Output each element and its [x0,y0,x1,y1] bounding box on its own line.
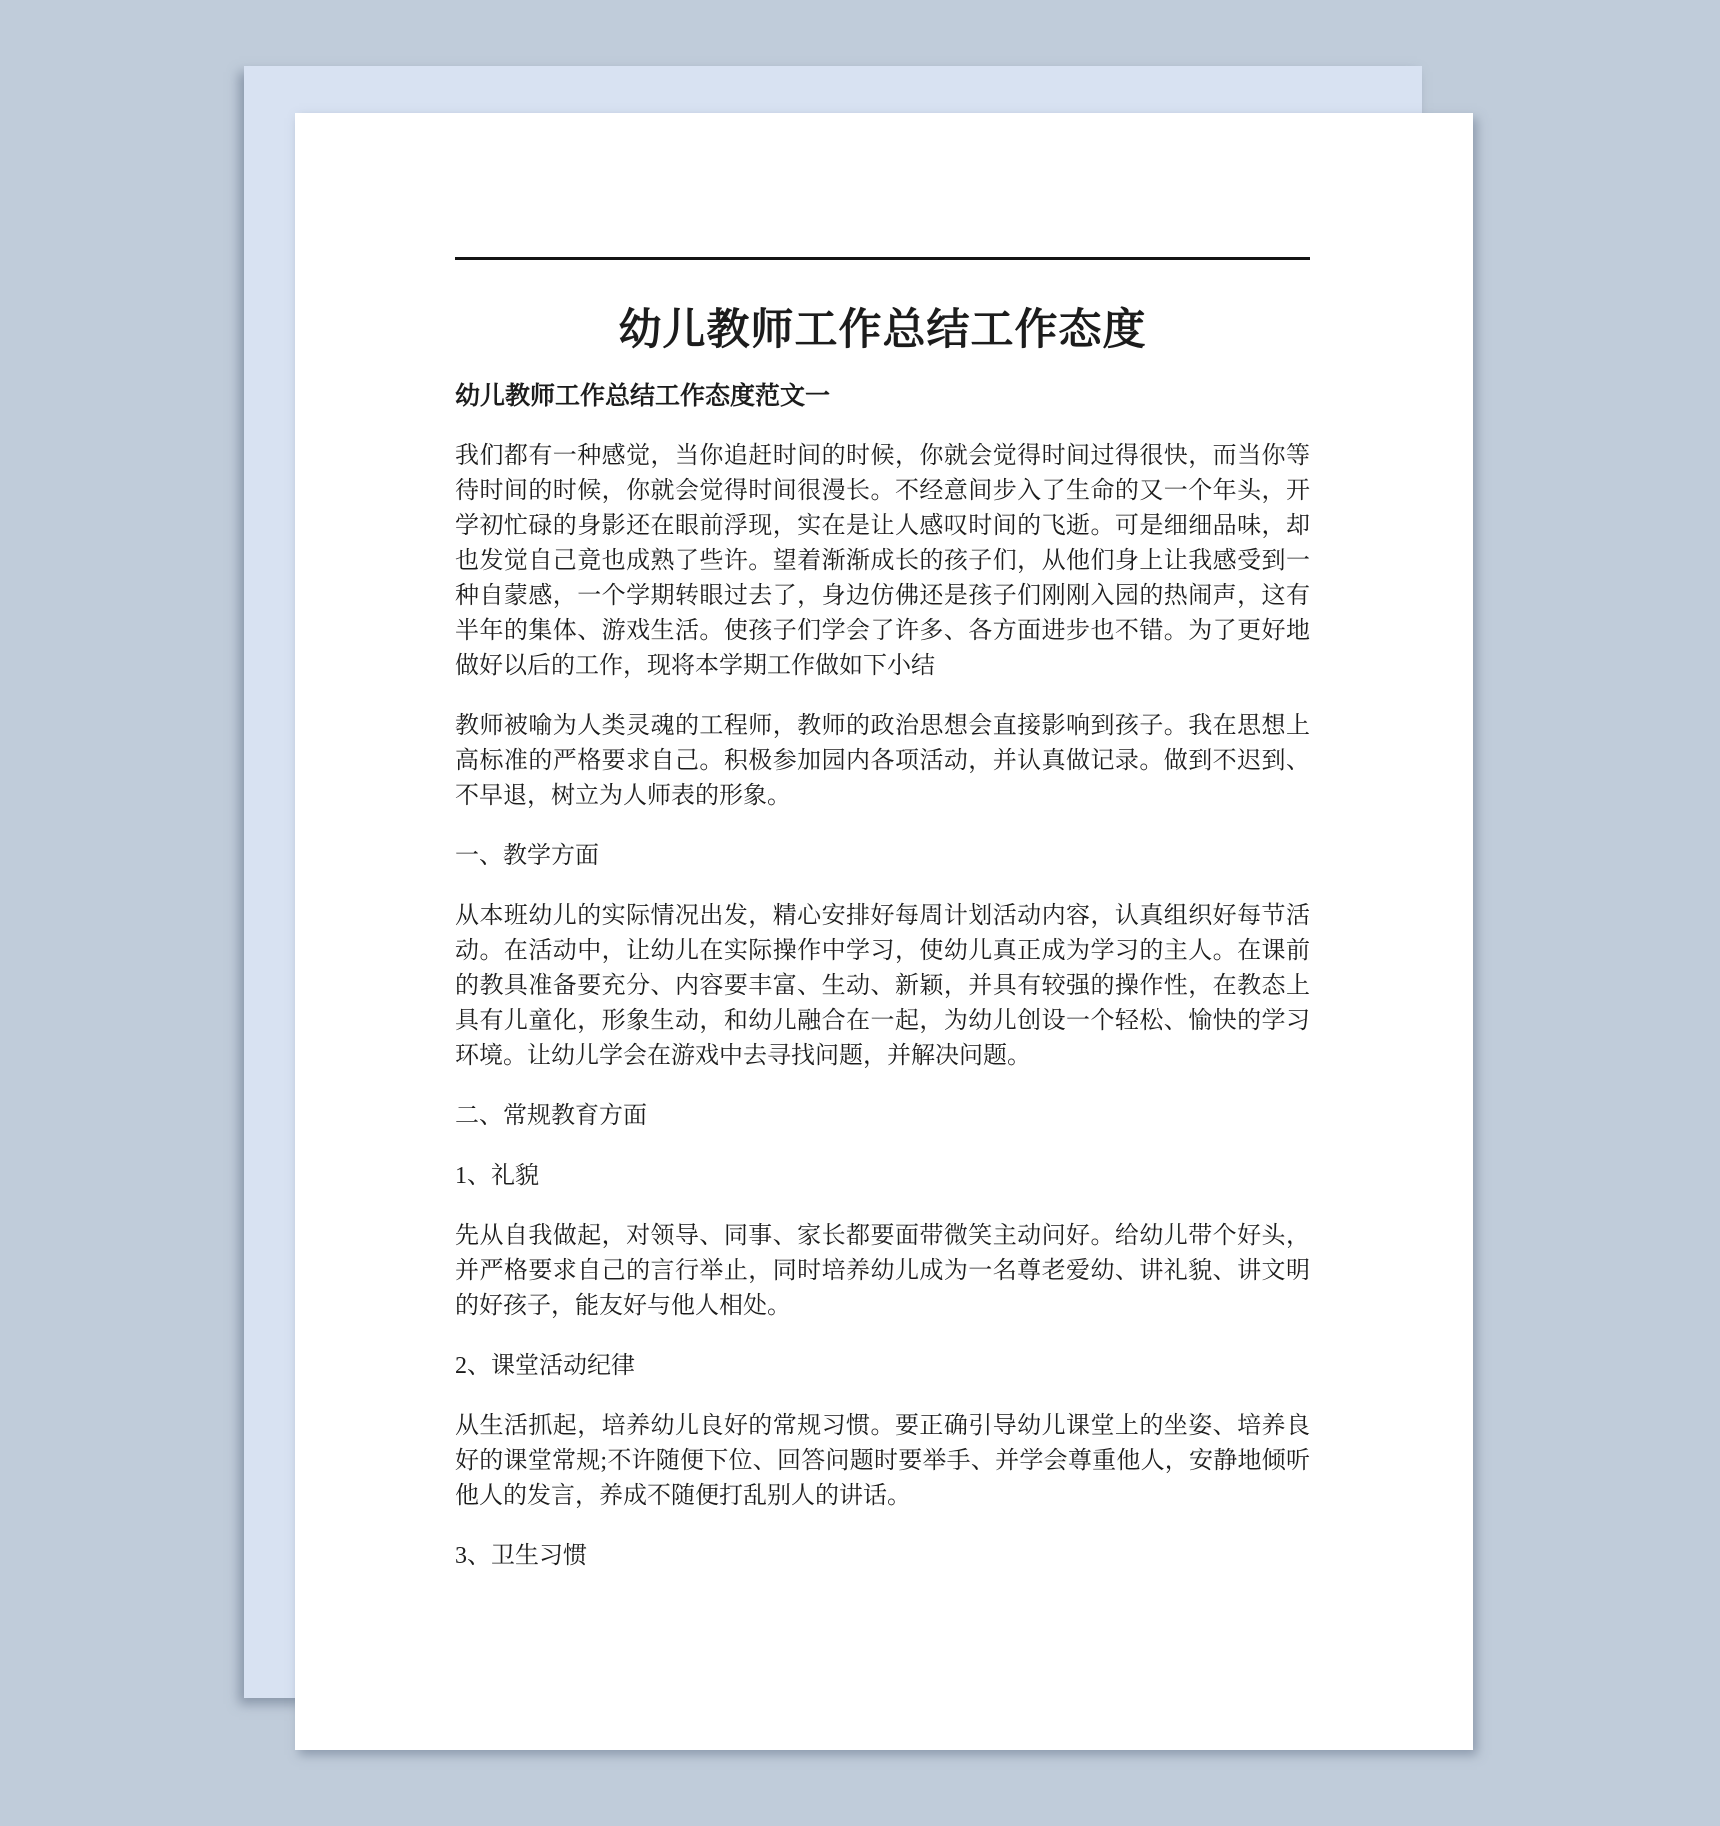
document-paragraph: 从本班幼儿的实际情况出发，精心安排好每周计划活动内容，认真组织好每节活动。在活动… [455,899,1310,1074]
document-heading: 一、教学方面 [455,839,1310,874]
document-subtitle: 幼儿教师工作总结工作态度范文一 [455,379,1310,414]
page-content: 幼儿教师工作总结工作态度 幼儿教师工作总结工作态度范文一我们都有一种感觉，当你追… [295,257,1473,1574]
document-paragraph: 我们都有一种感觉，当你追赶时间的时候，你就会觉得时间过得很快，而当你等待时间的时… [455,439,1310,684]
document-paragraph: 先从自我做起，对领导、同事、家长都要面带微笑主动问好。给幼儿带个好头，并严格要求… [455,1219,1310,1324]
document-paragraph: 教师被喻为人类灵魂的工程师，教师的政治思想会直接影响到孩子。我在思想上高标准的严… [455,709,1310,814]
document-page: 幼儿教师工作总结工作态度 幼儿教师工作总结工作态度范文一我们都有一种感觉，当你追… [295,113,1473,1750]
document-title: 幼儿教师工作总结工作态度 [455,307,1310,354]
document-paragraph: 从生活抓起，培养幼儿良好的常规习惯。要正确引导幼儿课堂上的坐姿、培养良好的课堂常… [455,1409,1310,1514]
document-body: 幼儿教师工作总结工作态度范文一我们都有一种感觉，当你追赶时间的时候，你就会觉得时… [455,379,1310,1574]
document-viewer-background: 幼儿教师工作总结工作态度 幼儿教师工作总结工作态度范文一我们都有一种感觉，当你追… [0,0,1720,1826]
document-heading: 1、礼貌 [455,1159,1310,1194]
document-heading: 2、课堂活动纪律 [455,1349,1310,1384]
document-heading: 3、卫生习惯 [455,1539,1310,1574]
document-heading: 二、常规教育方面 [455,1099,1310,1134]
title-divider-line [455,257,1310,260]
